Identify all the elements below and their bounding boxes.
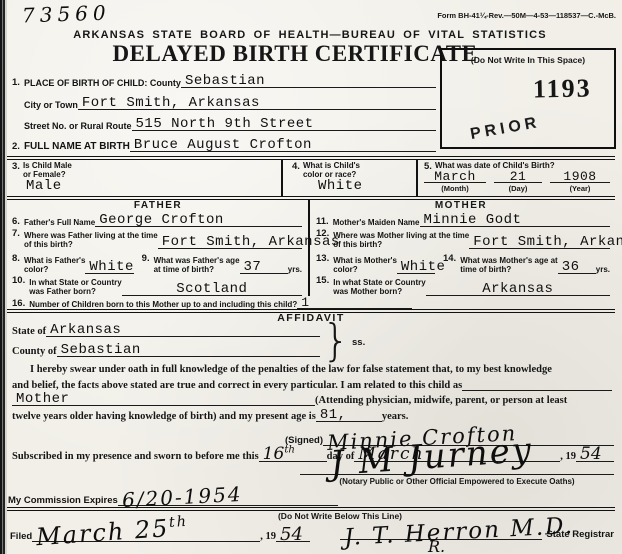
field-label: State of [12, 326, 46, 337]
field-line: 81, [316, 409, 382, 422]
commission-line: 6/20-1954 [118, 485, 338, 506]
divider-rule [7, 156, 615, 160]
field-line: Fort Smith, Arkansas [78, 97, 436, 110]
sworn-day-value: 16th [263, 444, 295, 464]
field-line: 1 [297, 296, 412, 309]
field-mother-maiden-name: 11. Mother's Maiden Name Minnie Godt [316, 212, 610, 227]
field-line: Scotland [122, 283, 302, 296]
father-name-value: George Crofton [99, 214, 224, 227]
field-label: City or Town [24, 100, 78, 110]
field-label-line1: What is Mother's [333, 256, 397, 265]
field-label: Number of Children born to this Mother u… [29, 300, 297, 309]
mother-age-value: 36 [562, 261, 580, 274]
field-number: 6. [12, 216, 20, 227]
field-mother-residence: 12. Where was Mother living at the time … [316, 228, 610, 249]
affidavit-paragraph-line1: I hereby swear under oath in full knowle… [12, 364, 612, 375]
father-color-value: White [89, 261, 134, 274]
field-label-line1: What is Child's [303, 161, 360, 170]
mother-maiden-name-value: Minnie Godt [424, 214, 522, 227]
field-number: 7. [12, 228, 20, 239]
ss-label: ss. [352, 337, 365, 348]
month-label: (Month) [424, 184, 486, 193]
birth-day: 21 (Day) [494, 170, 542, 193]
field-line: 36 [558, 261, 596, 274]
age-unit-label: yrs. [596, 265, 610, 274]
field-street: Street No. or Rural Route 515 North 9th … [24, 114, 436, 131]
mother-section-header: MOTHER [308, 200, 614, 211]
field-label-line1: What was Father's age [154, 256, 240, 265]
field-line: Arkansas [46, 324, 320, 337]
field-label-line2: of this birth? [24, 240, 158, 249]
column-divider [281, 160, 283, 196]
field-line: March [424, 170, 486, 183]
registrar-row: J. T. Herron M.D. State Registrar [340, 512, 614, 540]
year-blank: 54 [276, 524, 310, 542]
registrar-signature: J. T. Herron M.D. [343, 513, 574, 551]
day-label: (Day) [494, 184, 542, 193]
field-label-line1: In what State or Country [333, 278, 425, 287]
years-label: years. [382, 411, 409, 422]
field-label-line1: Where was Mother living at the time [333, 231, 469, 240]
birth-month: March (Month) [424, 170, 486, 193]
field-number-of-children: 16. Number of Children born to this Moth… [12, 296, 412, 309]
field-line: White [397, 261, 435, 274]
field-label: County of [12, 346, 57, 357]
field-line: 1908 [550, 170, 610, 183]
field-label-line2: of this birth? [333, 240, 469, 249]
father-section-header: FATHER [8, 200, 308, 211]
field-affidavit-state: State of Arkansas [12, 322, 320, 337]
field-line: George Crofton [95, 214, 302, 227]
column-divider [416, 160, 418, 196]
field-label: Street No. or Rural Route [24, 121, 132, 131]
field-line: Mother [12, 393, 315, 406]
commission-row: My Commission Expires 6/20-1954 [8, 486, 338, 506]
field-label-line1: What is Father's [24, 256, 85, 265]
field-affidavit-county: County of Sebastian [12, 342, 320, 357]
field-race: 4. What is Child's color or race? [292, 161, 360, 179]
field-number: 4. [292, 161, 300, 172]
age-unit-label: yrs. [288, 265, 302, 274]
field-line: 21 [494, 170, 542, 183]
stamped-certificate-number: 1193 [533, 73, 592, 104]
field-label-line1: Where was Father living at the time [24, 231, 158, 240]
filed-date-value: March 25th [35, 513, 189, 552]
field-line: White [85, 261, 133, 274]
do-not-write-label: (Do Not Write In This Space) [442, 55, 614, 65]
form-number-line: Form BH-41¼-Rev.—50M—4-53—118537—C.-McB. [437, 11, 616, 20]
field-number: 2. [12, 141, 20, 152]
filed-row: Filed March 25th , 19 54 [10, 516, 310, 542]
filed-date-line: March 25th [32, 518, 260, 542]
field-label: Mother's Maiden Name [333, 218, 420, 227]
field-father-name: 6. Father's Full Name George Crofton [12, 212, 302, 227]
year-blank: 54 [576, 444, 614, 462]
field-label-line2: at time of birth? [154, 265, 240, 274]
field-label: PLACE OF BIRTH OF CHILD: County [24, 78, 181, 88]
year-printed: , 19 [260, 531, 276, 542]
field-label-line1: In what State or Country [29, 278, 121, 287]
full-name-value: Bruce August Crofton [134, 139, 312, 152]
day-blank: 16th [259, 444, 327, 462]
paragraph-text: twelve years older having knowledge of b… [12, 411, 316, 422]
field-line: Sebastian [57, 344, 320, 357]
father-age-value: 37 [244, 261, 262, 274]
year-label: (Year) [550, 184, 610, 193]
field-line: Fort Smith, Arkansas [469, 236, 610, 249]
mother-birthplace-value: Arkansas [482, 283, 553, 296]
age-value: 81, [320, 409, 347, 422]
birth-date-values: March (Month) 21 (Day) 1908 (Year) [424, 170, 610, 193]
field-number: 16. [12, 298, 25, 309]
year-printed: , 19 [560, 451, 576, 462]
field-father-color-age: 8. What is Father's color? White 9. What… [12, 253, 302, 274]
field-number: 11. [316, 216, 329, 227]
sex-value: Male [26, 180, 62, 193]
field-father-residence: 7. Where was Father living at the time o… [12, 228, 302, 249]
field-number: 14. [443, 253, 456, 264]
field-number: 1. [12, 77, 20, 88]
field-number: 9. [142, 253, 150, 264]
children-count-value: 1 [301, 296, 309, 309]
field-line: Minnie Godt [420, 214, 611, 227]
handwritten-mark: R. [428, 537, 445, 554]
father-birthplace-value: Scotland [176, 283, 247, 296]
field-mother-birthplace: 15. In what State or Country was Mother … [316, 275, 610, 296]
field-line: 37 [240, 261, 288, 274]
mother-color-value: White [401, 261, 446, 274]
field-number: 12. [316, 228, 329, 239]
field-number: 13. [316, 253, 329, 264]
affidavit-paragraph-line2: and belief, the facts above stated are t… [12, 377, 612, 391]
scan-edge-artifact [0, 0, 7, 554]
filed-label: Filed [10, 531, 32, 542]
handwritten-document-number: 73560 [22, 0, 111, 27]
agency-title: ARKANSAS STATE BOARD OF HEALTH—BUREAU OF… [60, 29, 560, 41]
race-value: White [318, 180, 363, 193]
field-label-line2: time of birth? [460, 265, 557, 274]
month-value: March [434, 170, 476, 183]
field-line: Sebastian [181, 75, 436, 88]
do-not-write-box: (Do Not Write In This Space) 1193 PRIOR [440, 48, 616, 149]
affidavit-age-row: twelve years older having knowledge of b… [12, 407, 492, 422]
field-number: 8. [12, 253, 20, 264]
street-value: 515 North 9th Street [136, 118, 314, 131]
day-value: 21 [510, 170, 527, 183]
field-mother-color-age: 13. What is Mother's color? White 14. Wh… [316, 253, 610, 274]
mother-residence-value: Fort Smith, Arkansas [473, 236, 622, 249]
field-number: 10. [12, 275, 25, 286]
father-residence-value: Fort Smith, Arkansas [162, 236, 340, 249]
field-father-birthplace: 10. In what State or Country was Father … [12, 275, 302, 296]
prior-stamp: PRIOR [469, 114, 542, 144]
field-full-name: 2. FULL NAME AT BIRTH Bruce August Croft… [12, 135, 436, 152]
field-line: Fort Smith, Arkansas [158, 236, 302, 249]
filed-year-value: 54 [280, 524, 303, 545]
certificate-title: DELAYED BIRTH CERTIFICATE [110, 41, 480, 67]
subscribed-text: Subscribed in my presence and sworn to b… [12, 451, 259, 462]
county-value: Sebastian [185, 75, 265, 88]
paragraph-text: and belief, the facts above stated are t… [12, 380, 462, 391]
ss-brace: } [322, 315, 350, 366]
field-label-line1: What was Mother's age at [460, 256, 557, 265]
commission-label: My Commission Expires [8, 495, 118, 506]
field-line: Bruce August Crofton [130, 139, 436, 152]
delayed-birth-certificate-document: 73560 Form BH-41¼-Rev.—50M—4-53—118537—C… [0, 0, 622, 554]
field-label-line2: color? [24, 265, 85, 274]
relation-value: Mother [16, 393, 69, 406]
field-line: Arkansas [426, 283, 610, 296]
field-label-line1: Is Child Male [23, 161, 72, 170]
state-value: Arkansas [50, 324, 121, 337]
sworn-year-value: 54 [580, 444, 602, 464]
field-number: 3. [12, 161, 20, 172]
field-number: 15. [316, 275, 329, 286]
field-label-line2: color? [333, 265, 397, 274]
county-value: Sebastian [61, 344, 141, 357]
field-line: 515 North 9th Street [132, 118, 436, 131]
field-label-line2: was Father born? [29, 287, 121, 296]
attending-note: (Attending physician, midwife, parent, o… [315, 395, 567, 406]
field-label-line2: was Mother born? [333, 287, 425, 296]
year-value: 1908 [563, 170, 596, 183]
field-label: FULL NAME AT BIRTH [24, 141, 130, 152]
field-label: Father's Full Name [24, 218, 95, 227]
field-sex: 3. Is Child Male or Female? [12, 161, 72, 179]
city-value: Fort Smith, Arkansas [82, 97, 260, 110]
field-city-or-town: City or Town Fort Smith, Arkansas [24, 93, 436, 110]
field-place-of-birth: 1. PLACE OF BIRTH OF CHILD: County Sebas… [12, 71, 436, 88]
affidavit-relation-row: Mother (Attending physician, midwife, pa… [12, 391, 612, 406]
birth-year: 1908 (Year) [550, 170, 610, 193]
